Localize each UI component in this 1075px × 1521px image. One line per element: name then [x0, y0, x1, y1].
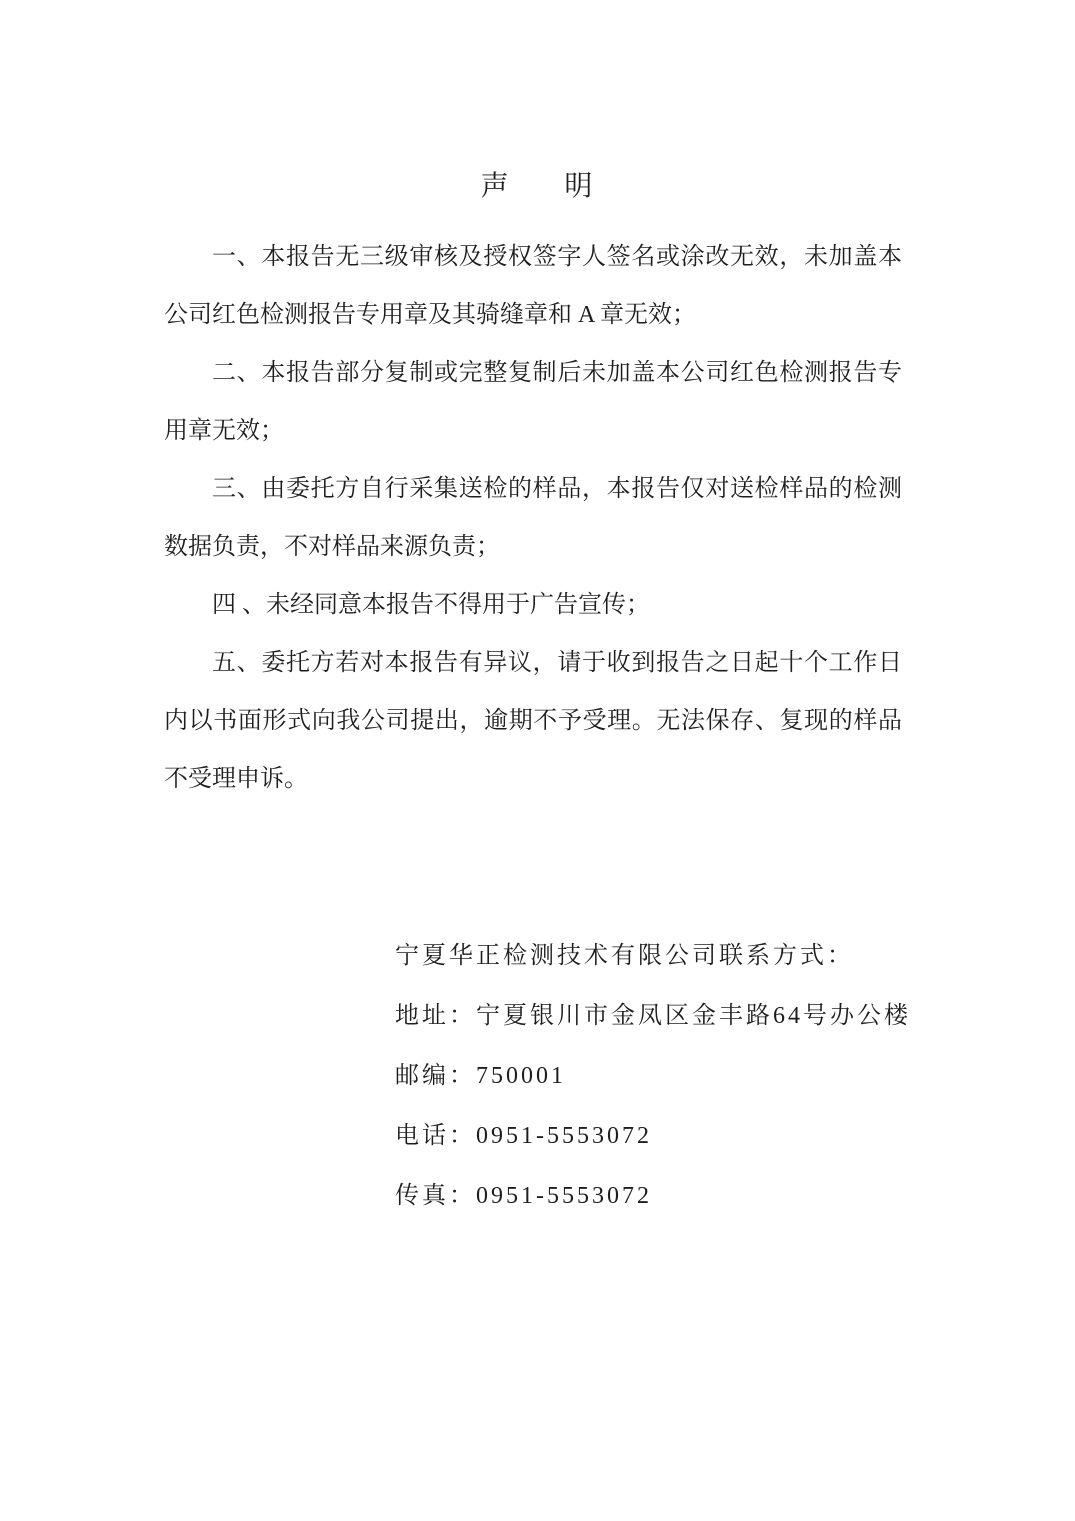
- statement-page: 声 明 一、本报告无三级审核及授权签字人签名或涂改无效，未加盖本公司红色检测报告…: [0, 0, 1075, 1521]
- statement-body: 一、本报告无三级审核及授权签字人签名或涂改无效，未加盖本公司红色检测报告专用章及…: [164, 228, 902, 808]
- contact-block: 宁夏华正检测技术有限公司联系方式： 地址：宁夏银川市金凤区金丰路64号办公楼 邮…: [395, 926, 1075, 1226]
- contact-line-address: 地址：宁夏银川市金凤区金丰路64号办公楼: [395, 986, 1075, 1046]
- contact-line-phone: 电话：0951-5553072: [395, 1106, 1075, 1166]
- statement-paragraph-2: 二、本报告部分复制或完整复制后未加盖本公司红色检测报告专用章无效；: [164, 344, 902, 460]
- statement-paragraph-5: 五、委托方若对本报告有异议，请于收到报告之日起十个工作日内以书面形式向我公司提出…: [164, 634, 902, 808]
- statement-paragraph-1: 一、本报告无三级审核及授权签字人签名或涂改无效，未加盖本公司红色检测报告专用章及…: [164, 228, 902, 344]
- statement-paragraph-3: 三、由委托方自行采集送检的样品，本报告仅对送检样品的检测数据负责，不对样品来源负…: [164, 460, 902, 576]
- contact-heading: 宁夏华正检测技术有限公司联系方式：: [395, 926, 1075, 986]
- statement-paragraph-4: 四 、未经同意本报告不得用于广告宣传；: [164, 576, 902, 634]
- contact-line-postcode: 邮编：750001: [395, 1046, 1075, 1106]
- contact-line-fax: 传真：0951-5553072: [395, 1166, 1075, 1226]
- page-title: 声 明: [0, 170, 1075, 204]
